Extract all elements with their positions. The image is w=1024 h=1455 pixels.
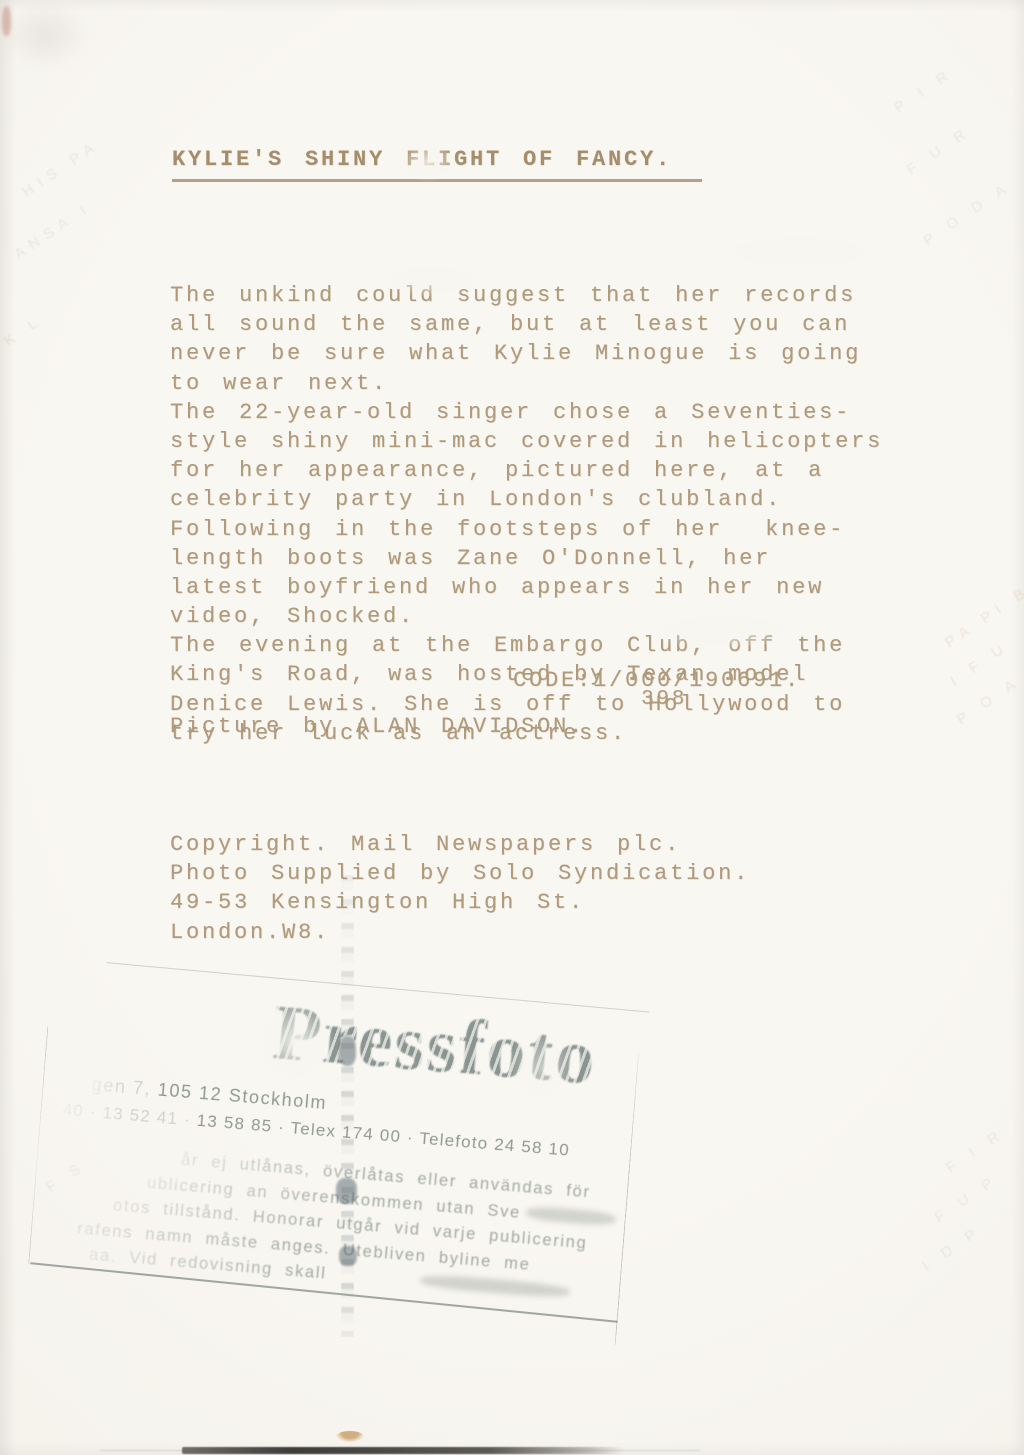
copyright-line: London.W8.	[170, 918, 750, 947]
stamp-address-faint: gen 7,	[91, 1074, 159, 1100]
paper-watermark-fragment: F U R	[904, 123, 975, 179]
stamp-fade-blotch	[251, 993, 338, 1089]
photo-back-page: HIS PA ANSA I P I R F U R P O D A PA PI …	[0, 0, 1024, 1455]
caption-line: length boots was Zane O'Donnell, her	[170, 544, 883, 573]
stamp-phone-faint: 40 · 13 52 41 ·	[62, 1100, 198, 1131]
caption-line: The unkind could suggest that her record…	[170, 281, 883, 310]
paper-watermark-fragment: F I R	[943, 1125, 1008, 1177]
caption-line: video, Shocked.	[170, 602, 883, 631]
copyright-line: 49-53 Kensington High St.	[170, 888, 750, 917]
caption-line: The 22-year-old singer chose a Seventies…	[170, 398, 883, 427]
adhesive-stain	[336, 1431, 364, 1442]
caption-line: for her appearance, pictured here, at a	[170, 456, 883, 485]
scan-edge-bar	[182, 1447, 624, 1454]
red-ink-speck	[2, 6, 11, 36]
vertical-stamp-smudge	[341, 875, 354, 1337]
caption-line: to wear next.	[170, 369, 883, 398]
pressfoto-agency-stamp: Pressfoto gen 7, 105 12 Stockholm 40 · 1…	[18, 1018, 652, 1366]
paper-watermark-fragment: F U P	[932, 1171, 1002, 1226]
caption-line: style shiny mini-mac covered in helicopt…	[170, 427, 883, 456]
corner-smudge	[0, 0, 90, 70]
paper-watermark-fragment: P O D A	[920, 178, 1015, 250]
copyright-block: Copyright. Mail Newspapers plc.Photo Sup…	[170, 755, 750, 947]
caption-headline: KYLIE'S SHINY FLIGHT OF FANCY.	[172, 147, 702, 182]
paper-watermark-fragment: P I R	[891, 64, 957, 116]
photographer-credit: Picture by ALAN DAVIDSON.	[170, 712, 585, 741]
caption-line: The evening at the Embargo Club, off the	[170, 631, 883, 660]
caption-line: all sound the same, but at least you can	[170, 310, 883, 339]
stamp-fade-blotch	[504, 1026, 580, 1111]
caption-line: latest boyfriend who appears in her new	[170, 573, 883, 602]
vertical-stamp-blob	[339, 1036, 356, 1066]
copyright-line: Photo Supplied by Solo Syndication.	[170, 859, 750, 888]
vertical-stamp-blob	[336, 1178, 357, 1204]
photo-code-overstrike: 398	[641, 688, 687, 711]
paper-watermark-fragment: I D P	[919, 1222, 985, 1274]
copyright-line: Copyright. Mail Newspapers plc.	[170, 830, 750, 859]
caption-line: celebrity party in London's clubland.	[170, 485, 883, 514]
paper-watermark-fragment: ANSA I	[11, 198, 95, 263]
caption-line: never be sure what Kylie Minogue is goin…	[170, 339, 883, 368]
caption-line: Following in the footsteps of her knee-	[170, 515, 883, 544]
paper-watermark-fragment: HIS PA	[19, 136, 103, 200]
paper-watermark-fragment: K L	[1, 311, 47, 349]
vertical-stamp-blob	[339, 1246, 357, 1266]
paper-watermark-fragment: PA PI B	[942, 582, 1024, 652]
